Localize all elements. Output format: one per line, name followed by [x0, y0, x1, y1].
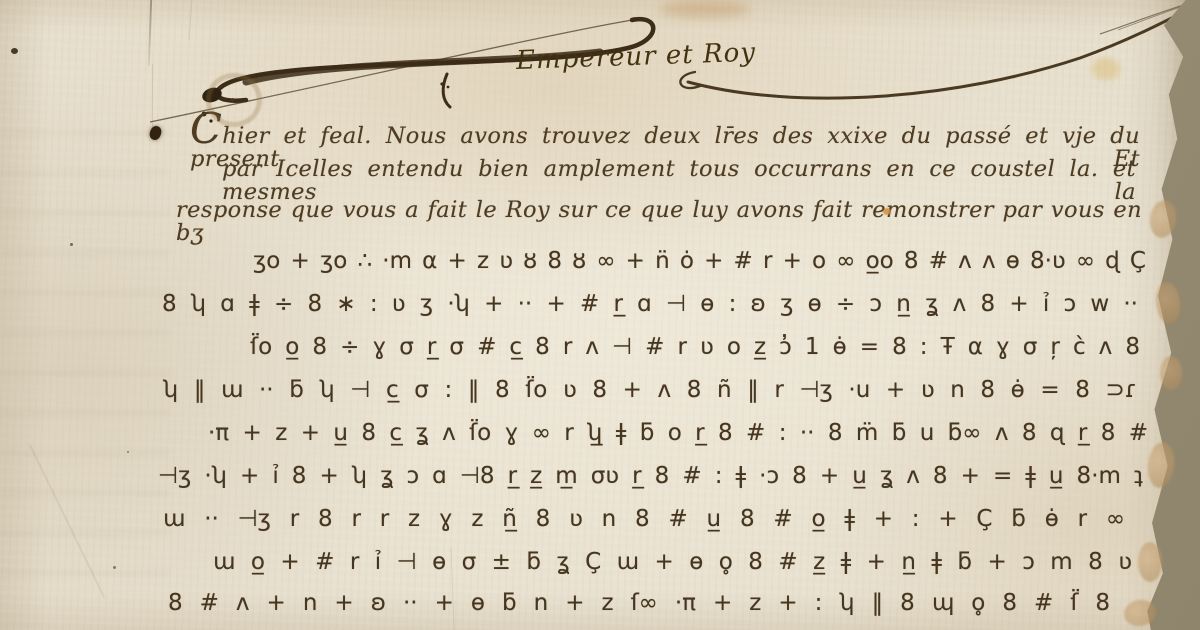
paraph-stroke [443, 74, 450, 107]
yellow-stain [1092, 58, 1120, 80]
cipher-line: ⊣ʒ ·ʮ + ỉ 8 + ʮ ʓ ɔ ɑ ⊣8 r̲ z̲ m̲ σʋ r̲ … [158, 465, 1143, 488]
cipher-line: 8 # ʌ + n + ʚ ·· + ɵ ƃ n + z ſ∞ ·π + z +… [168, 592, 1110, 615]
ink-speck [231, 98, 234, 101]
cipher-line: ɯ o̲ + # r ỉ ⊣ ɵ σ ± ƃ ʓ Ç ɯ + ɵ o̥ 8 # … [213, 551, 1132, 574]
letter-line: response que vous a fait le Roy sur ce q… [176, 199, 1142, 244]
torn-edge-patch [1160, 356, 1182, 390]
cipher-line: ʮ ‖ ɯ ·· ƃ ʮ ⊣ c̲ σ : ‖ 8 ſ̈o ʋ 8 + ʌ 8 … [163, 379, 1137, 402]
paraph-dot [447, 86, 450, 89]
ring-stain [206, 73, 262, 127]
ink-showthrough [0, 130, 170, 610]
cipher-line: ɯ ·· ⊣ʒ r 8 r r z ɣ z ñ̲ 8 ʋ n 8 # u̲ 8 … [163, 508, 1125, 531]
ink-speck [113, 566, 116, 569]
paper-crease [189, 0, 193, 40]
paper-crease [152, 64, 153, 128]
paraph-dot [440, 82, 443, 85]
tail-loop [680, 72, 700, 88]
cipher-line: ʒo + ʒo ∴ ·m α + z ʋ ȣ 8 ȣ ∞ + n̈ ȯ + # … [253, 250, 1146, 273]
manuscript-paper: Empereur et Roy Chier et feal. Nous avon… [0, 0, 1200, 630]
cipher-line: ſ̈o o̲ 8 ÷ ɣ σ r̲ σ # c̲ 8 r ʌ ⊣ # r ʋ o… [250, 336, 1140, 359]
ink-speck [127, 451, 129, 453]
stain-smudge [660, 0, 750, 18]
torn-edge-patch [1138, 542, 1162, 582]
paper-crease [148, 0, 152, 66]
manuscript-photo: Empereur et Roy Chier et feal. Nous avon… [0, 0, 1200, 630]
ink-speck [11, 48, 18, 54]
ink-speck [70, 243, 73, 246]
right-tail-swash [688, 5, 1197, 98]
cipher-line: ·π + z + u̲ 8 c̲ ʓ ʌ ſ̈o ɣ ∞ r ʮ̲ ǂ ƃ o … [208, 422, 1148, 445]
letter-heading: Empereur et Roy [516, 38, 747, 76]
cipher-line: 8 ʮ ɑ ǂ ÷ 8 ∗ : ʋ ʒ ·ʮ + ·· + # r̲ ɑ ⊣ ɵ… [162, 293, 1138, 316]
orange-speck [883, 208, 891, 215]
